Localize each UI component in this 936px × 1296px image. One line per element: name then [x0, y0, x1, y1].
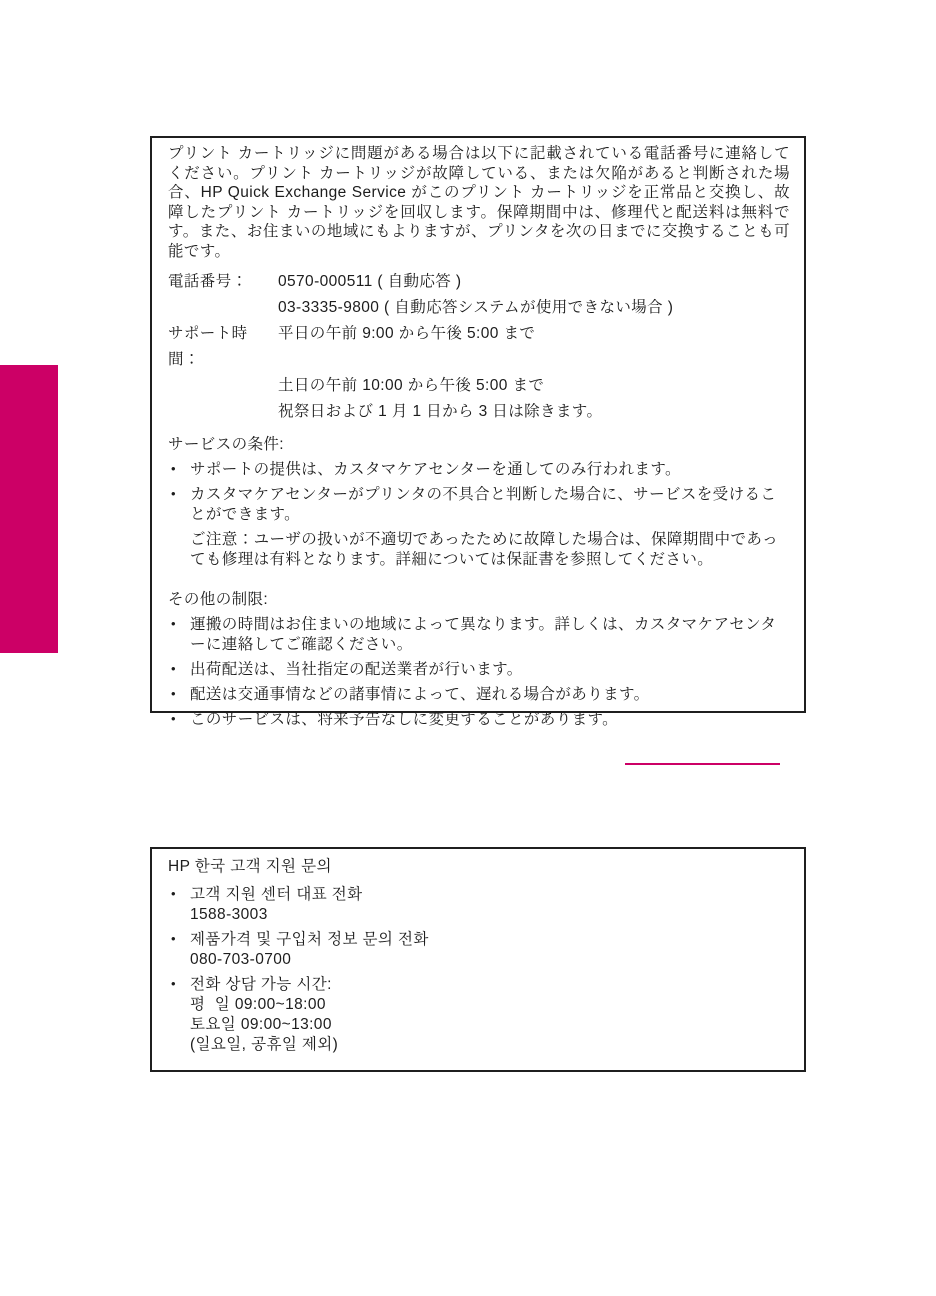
phone-label-spacer: [168, 295, 278, 321]
service-note: ご注意：ユーザの扱いが不適切であったために故障した場合は、保障期間中であっても修…: [168, 530, 790, 570]
kr-support-box: HP 한국 고객 지원 문의 • 고객 지원 센터 대표 전화 1588-300…: [150, 847, 806, 1072]
service-bullet-2-text: カスタマケアセンターがプリンタの不具合と判断した場合に、サービスを受けることがで…: [190, 486, 776, 523]
kr-hours-excluded: (일요일, 공휴일 제외): [190, 1035, 790, 1055]
chapter-tab: [0, 365, 58, 653]
jp-intro-paragraph: プリント カートリッジに問題がある場合は以下に記載されている電話番号に連絡してく…: [168, 144, 790, 262]
bullet-icon: •: [171, 684, 176, 704]
hours-weekday: 平日の午前 9:00 から午後 5:00 まで: [278, 321, 790, 373]
kr-support-title: HP 한국 고객 지원 문의: [168, 856, 790, 878]
phone-number-secondary: 03-3335-9800 ( 自動応答システムが使用できない場合 ): [278, 295, 790, 321]
hours-label: サポート時間：: [168, 321, 278, 373]
phone-number-primary: 0570-000511 ( 自動応答 ): [278, 269, 790, 295]
hours-row-3: 祝祭日および 1 月 1 日から 3 日は除きます。: [168, 399, 790, 425]
hours-row-2: 土日の午前 10:00 から午後 5:00 まで: [168, 373, 790, 399]
kr-bullet-3-label: 전화 상담 가능 시간:: [190, 975, 790, 995]
service-bullet-1-text: サポートの提供は、カスタマケアセンターを通してのみ行われます。: [190, 461, 681, 478]
other-limits-section: その他の制限: • 運搬の時間はお住まいの地域によって異なります。詳しくは、カス…: [168, 590, 790, 730]
other-bullet-4: • このサービスは、将来予告なしに変更することがあります。: [168, 710, 790, 730]
hours-label-spacer-2: [168, 399, 278, 425]
bullet-icon: •: [171, 929, 176, 949]
kr-bullet-2-phone: 080-703-0700: [190, 950, 790, 970]
jp-support-box: プリント カートリッジに問題がある場合は以下に記載されている電話番号に連絡してく…: [150, 136, 806, 713]
link-underline[interactable]: [625, 763, 780, 765]
bullet-icon: •: [171, 884, 176, 904]
kr-bullet-3: • 전화 상담 가능 시간: 평 일 09:00~18:00 토요일 09:00…: [168, 975, 790, 1055]
service-bullet-1: • サポートの提供は、カスタマケアセンターを通してのみ行われます。: [168, 460, 790, 480]
bullet-icon: •: [171, 484, 176, 504]
service-bullet-2: • カスタマケアセンターがプリンタの不具合と判断した場合に、サービスを受けること…: [168, 485, 790, 525]
other-bullet-4-text: このサービスは、将来予告なしに変更することがあります。: [190, 711, 618, 728]
hours-weekend: 土日の午前 10:00 から午後 5:00 まで: [278, 373, 790, 399]
bullet-icon: •: [171, 974, 176, 994]
kr-bullet-1-phone: 1588-3003: [190, 905, 790, 925]
other-bullet-2: • 出荷配送は、当社指定の配送業者が行います。: [168, 660, 790, 680]
other-bullet-1: • 運搬の時間はお住まいの地域によって異なります。詳しくは、カスタマケアセンター…: [168, 615, 790, 655]
hours-holidays: 祝祭日および 1 月 1 日から 3 日は除きます。: [278, 399, 790, 425]
bullet-icon: •: [171, 459, 176, 479]
bullet-icon: •: [171, 659, 176, 679]
phone-label: 電話番号：: [168, 269, 278, 295]
service-terms-section: サービスの条件: • サポートの提供は、カスタマケアセンターを通してのみ行われま…: [168, 435, 790, 570]
manual-page: プリント カートリッジに問題がある場合は以下に記載されている電話番号に連絡してく…: [0, 0, 936, 1296]
other-bullet-3-text: 配送は交通事情などの諸事情によって、遅れる場合があります。: [190, 686, 650, 703]
kr-bullet-2: • 제품가격 및 구입처 정보 문의 전화 080-703-0700: [168, 930, 790, 970]
other-limits-heading: その他の制限:: [168, 590, 790, 610]
phone-row-2: 03-3335-9800 ( 自動応答システムが使用できない場合 ): [168, 295, 790, 321]
kr-bullet-1-label: 고객 지원 센터 대표 전화: [190, 885, 790, 905]
service-terms-heading: サービスの条件:: [168, 435, 790, 455]
hours-row: サポート時間： 平日の午前 9:00 から午後 5:00 まで: [168, 321, 790, 373]
contact-details: 電話番号： 0570-000511 ( 自動応答 ) 03-3335-9800 …: [168, 269, 790, 425]
kr-bullet-2-label: 제품가격 및 구입처 정보 문의 전화: [190, 930, 790, 950]
other-bullet-2-text: 出荷配送は、当社指定の配送業者が行います。: [190, 661, 523, 678]
hours-label-spacer: [168, 373, 278, 399]
other-bullet-3: • 配送は交通事情などの諸事情によって、遅れる場合があります。: [168, 685, 790, 705]
bullet-icon: •: [171, 614, 176, 634]
kr-hours-saturday: 토요일 09:00~13:00: [190, 1015, 790, 1035]
kr-bullet-1: • 고객 지원 센터 대표 전화 1588-3003: [168, 885, 790, 925]
phone-row: 電話番号： 0570-000511 ( 自動応答 ): [168, 269, 790, 295]
kr-hours-weekday: 평 일 09:00~18:00: [190, 995, 790, 1015]
other-bullet-1-text: 運搬の時間はお住まいの地域によって異なります。詳しくは、カスタマケアセンターに連…: [190, 616, 776, 653]
bullet-icon: •: [171, 709, 176, 729]
